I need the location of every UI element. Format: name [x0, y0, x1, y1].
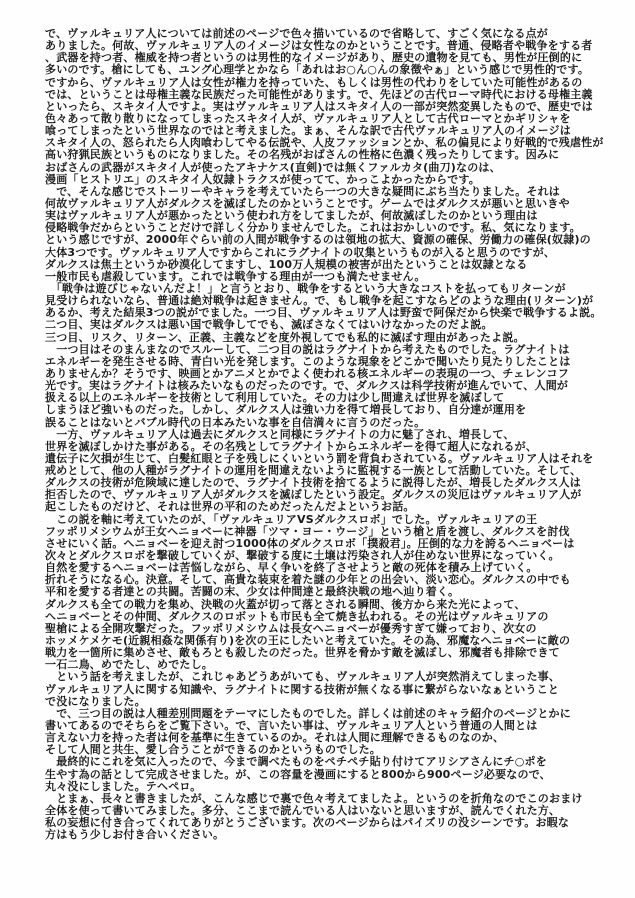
text-line: 一つ目はそのまんまなのでスルーして、二つ目の説はラグナイトから考えたものでした。…: [45, 344, 617, 356]
text-line: という感じですが、2000年ぐらい前の人間が戦争するのは領地の拡大、資源の確保、…: [45, 234, 617, 246]
text-line: 二つ目、実はダルクスは悪い国で戦争してでも、滅ぼさなくてはいけなかったのだよ説。: [45, 319, 617, 331]
text-line: 三つ目、リスク、リターン、正義、主義などを度外視してでも私的に滅ぼす理由があった…: [45, 332, 617, 344]
text-line: ダルクスも全ての戦力を集め、決戦の火蓋が切って落とされる瞬間、後方から来た光によ…: [45, 599, 617, 611]
text-line: ダルクスは焦土というか砂漠化してますし、100万人規模の被害が出たということは奴…: [45, 259, 617, 271]
text-line: 平和を愛する者達との共闘。苦闘の末、少女は仲間達と最終決戦の地へ辿り着く。: [45, 586, 617, 598]
text-line: 方はもう少しお付き合いください。: [45, 829, 617, 841]
text-line: 誤ることはないとバブル時代の日本みたいな事を自信満々に言うのだった。: [45, 417, 617, 429]
text-line: 生やす為の話として完成させました。が、この容量を漫画にすると800から900ペー…: [45, 769, 617, 781]
body-text: で、ヴァルキュリア人については前述のページで色々描いているので省略して、すごく気…: [45, 28, 617, 841]
text-line: 起こしたものだけど、それは世界の平和のためだったんだよというお話。: [45, 501, 617, 513]
text-line: 一方、ヴァルキュリア人は過去にダルクスと同様にラグナイトの力に魅了され、増長して…: [45, 429, 617, 441]
text-line: 多いのです。槍にしても、ユング心理学とかなら「あれはお○ん○んの象徴やぁ」という…: [45, 64, 617, 76]
text-line: という話を考えましたが、これじゃあどうあがいても、ヴァルキュリア人が突然消えてし…: [45, 671, 617, 683]
text-line: 最終的にこれを気に入ったので、今まで調べたものをペチペチ貼り付けてアリシアさんに…: [45, 756, 617, 768]
text-line: 大体3つです。ヴァルキュリア人ですからこれにラグナイトの収集というものが入ると思…: [45, 247, 617, 259]
text-line: 漫画「ヒストリエ」のスキタイ人奴隷トラクスが使ってて、かっこよかったからです。: [45, 174, 617, 186]
scanned-text-page: で、ヴァルキュリア人については前述のページで色々描いているので省略して、すごく気…: [0, 0, 635, 898]
text-line: 高い狩猟民族というものになりました。その名残がおばさんの性格に色濃く残ったりして…: [45, 149, 617, 161]
text-line: しまうほど強いものだった。しかし、ダルクス人は強い力を得て増長しており、自分達が…: [45, 404, 617, 416]
text-line: おばさんの武器がスキタイ人が使ったアキナケス(直剣)では無くファルカタ(曲刀)な…: [45, 162, 617, 174]
text-line: この説を軸に考えていたのが、「ヴァルキュリアVSダルクスロボ」でした。ヴァルキュ…: [45, 514, 617, 526]
text-line: ヴァルキュリア人に関する知識や、ラグナイトに関する技術が無くなる事に繋がらないな…: [45, 684, 617, 696]
text-line: ですから、ヴァルキュリア人は女性が権力を持っていた、もしくは男性の代わりをしてい…: [45, 77, 617, 89]
